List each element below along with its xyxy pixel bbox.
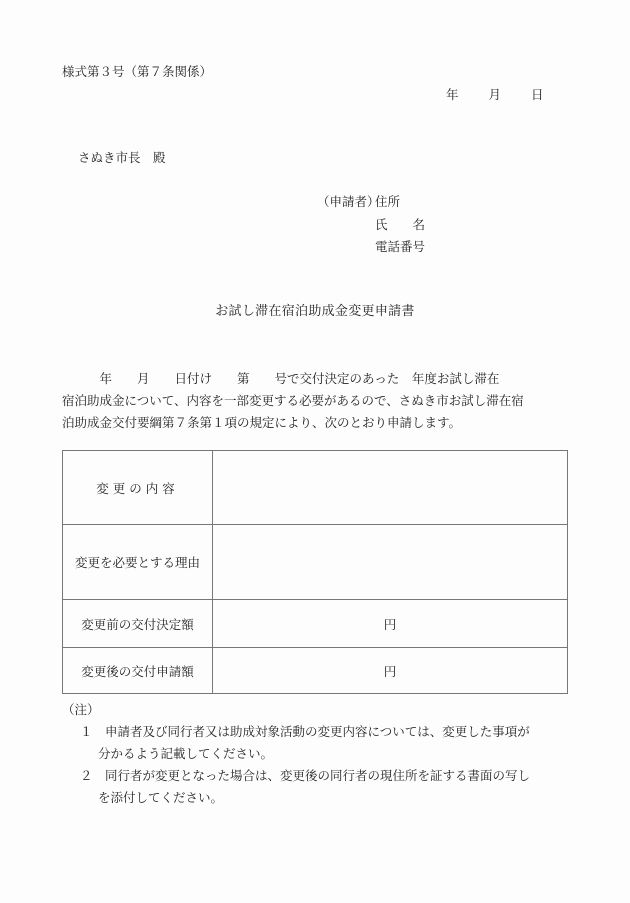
body-line: 泊助成金交付要綱第７条第１項の規定により、次のとおり申請します。 (62, 412, 572, 434)
addressee: さぬき市長 殿 (78, 152, 166, 165)
form-number: 様式第３号（第７条関係） (62, 66, 212, 79)
note-item: １ 申請者及び同行者又は助成対象活動の変更内容については、変更した事項が (62, 721, 530, 743)
table-row: 変更前の交付決定額 円 (63, 600, 568, 648)
applicant-phone-label: 電話番号 (375, 241, 425, 254)
body-line: 宿泊助成金について、内容を一部変更する必要があるので、さぬき市お試し滞在宿 (62, 390, 572, 412)
notes-heading: （注） (62, 699, 530, 721)
table-row: 変更を必要とする理由 (63, 525, 568, 600)
note-continuation: を添付してください。 (62, 787, 530, 809)
amount-after-field[interactable]: 円 (213, 648, 568, 694)
date-day: 日 (531, 89, 544, 102)
row-label: 変更を必要とする理由 (63, 525, 213, 600)
table-row: 変更の内容 (63, 451, 568, 525)
note-number: ２ (80, 768, 93, 783)
note-number: １ (80, 724, 93, 739)
body-line: 年 月 日付け 第 号で交付決定のあった 年度お試し滞在 (62, 368, 572, 390)
applicant-name-label: 氏 名 (375, 219, 425, 232)
note-text: 申請者及び同行者又は助成対象活動の変更内容については、変更した事項が (105, 724, 530, 739)
notes: （注） １ 申請者及び同行者又は助成対象活動の変更内容については、変更した事項が… (62, 699, 530, 809)
date-year: 年 (446, 89, 459, 102)
change-content-field[interactable] (213, 451, 568, 525)
note-item: ２ 同行者が変更となった場合は、変更後の同行者の現住所を証する書面の写し (62, 765, 530, 787)
row-label: 変更前の交付決定額 (63, 600, 213, 648)
document-title: お試し滞在宿泊助成金変更申請書 (0, 305, 630, 318)
row-label: 変更の内容 (63, 451, 213, 525)
date-month: 月 (489, 89, 502, 102)
change-reason-field[interactable] (213, 525, 568, 600)
change-form-table: 変更の内容 変更を必要とする理由 変更前の交付決定額 円 変更後の交付申請額 円 (62, 450, 568, 694)
body-paragraph: 年 月 日付け 第 号で交付決定のあった 年度お試し滞在 宿泊助成金について、内… (62, 368, 572, 434)
note-continuation: 分かるよう記載してください。 (62, 743, 530, 765)
date-line: 年月日 (446, 89, 544, 102)
table-row: 変更後の交付申請額 円 (63, 648, 568, 694)
applicant-label: （申請者） (317, 196, 380, 209)
row-label: 変更後の交付申請額 (63, 648, 213, 694)
note-text: 同行者が変更となった場合は、変更後の同行者の現住所を証する書面の写し (105, 768, 530, 783)
amount-before-field[interactable]: 円 (213, 600, 568, 648)
applicant-address-label: 住所 (375, 196, 400, 209)
